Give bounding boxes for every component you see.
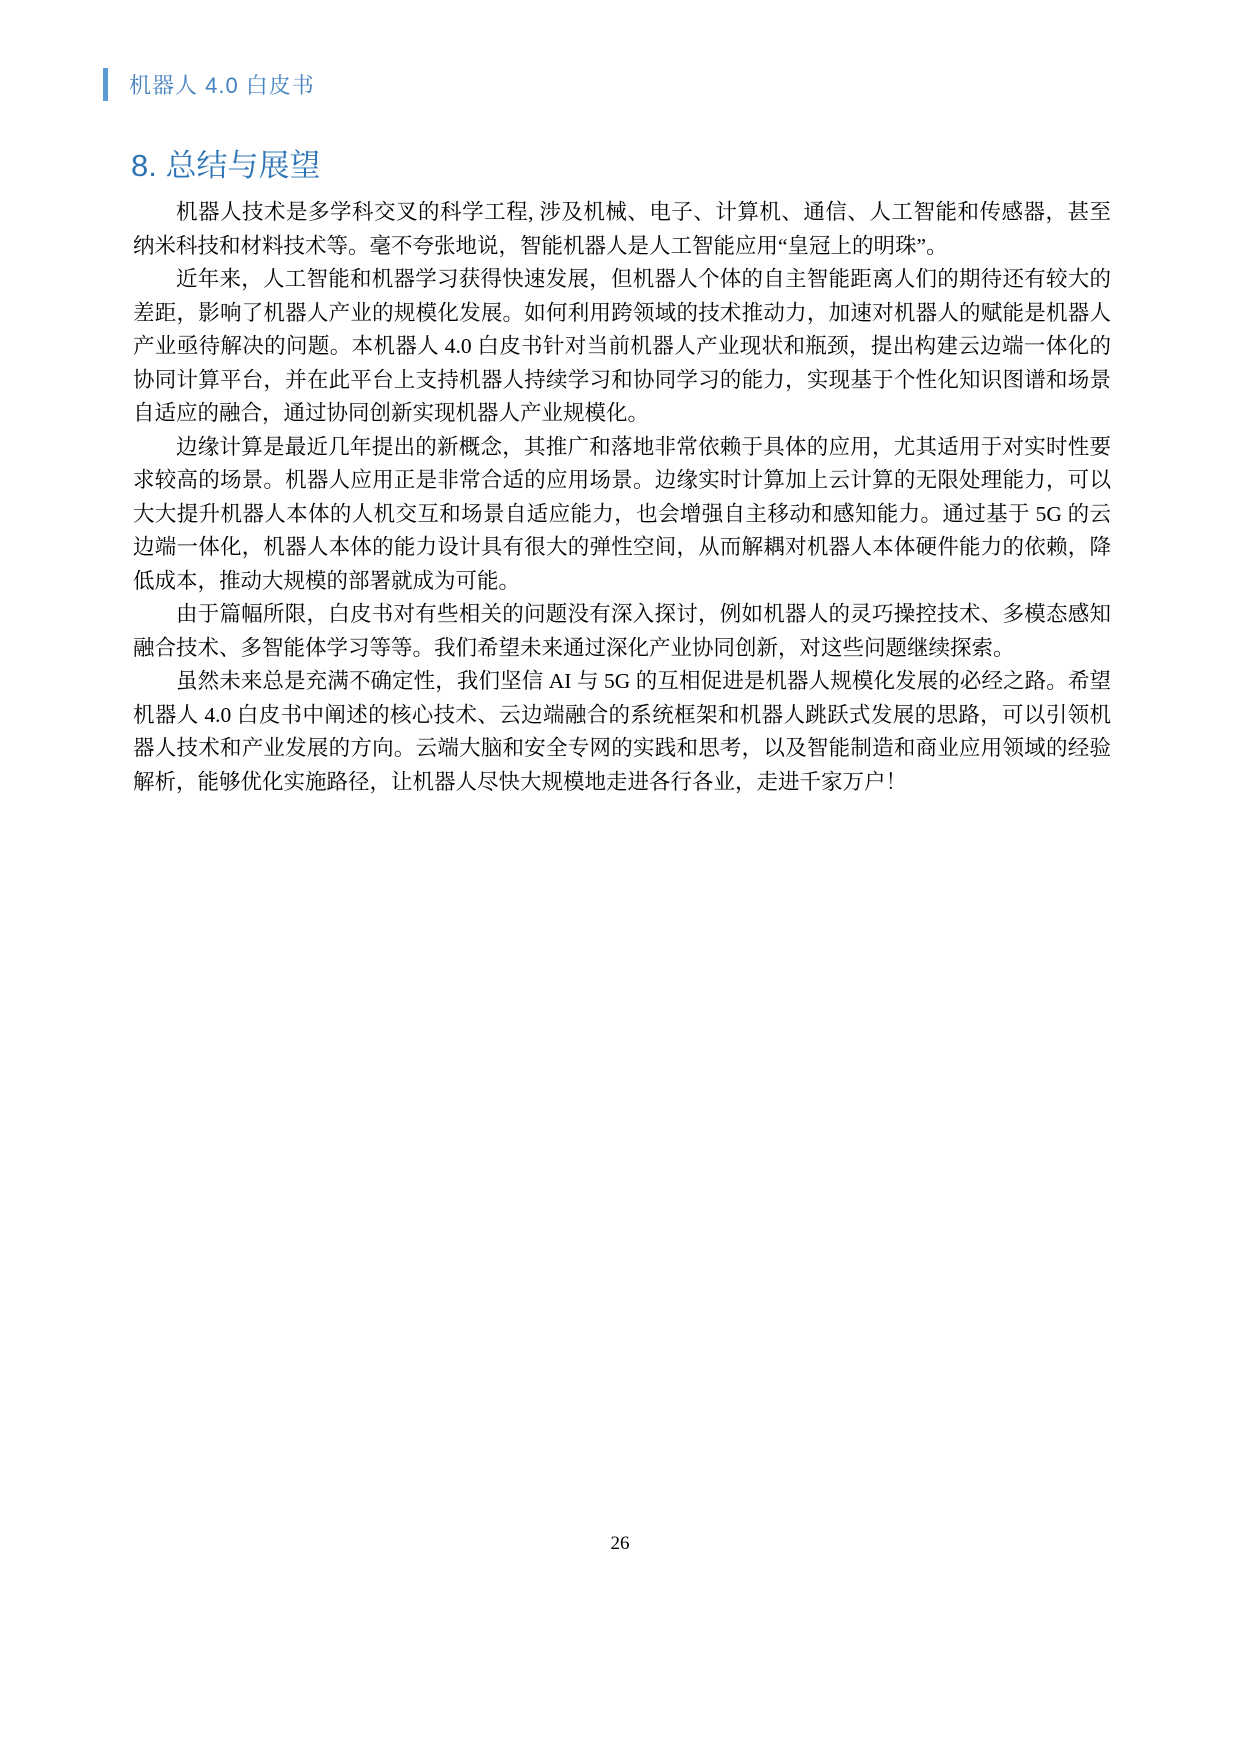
header-accent-bar bbox=[103, 68, 108, 101]
section-heading: 8. 总结与展望 bbox=[131, 140, 320, 185]
paragraph-2: 近年来，人工智能和机器学习获得快速发展，但机器人个体的自主智能距离人们的期待还有… bbox=[133, 263, 1111, 431]
page-number: 26 bbox=[0, 1533, 1240, 1555]
header-title: 机器人 4.0 白皮书 bbox=[129, 69, 315, 100]
paragraph-1: 机器人技术是多学科交叉的科学工程, 涉及机械、电子、计算机、通信、人工智能和传感… bbox=[133, 196, 1111, 263]
page-header: 机器人 4.0 白皮书 bbox=[103, 68, 315, 101]
paragraph-4: 由于篇幅所限，白皮书对有些相关的问题没有深入探讨，例如机器人的灵巧操控技术、多模… bbox=[133, 598, 1111, 665]
body-text: 机器人技术是多学科交叉的科学工程, 涉及机械、电子、计算机、通信、人工智能和传感… bbox=[133, 196, 1111, 799]
paragraph-5: 虽然未来总是充满不确定性，我们坚信 AI 与 5G 的互相促进是机器人规模化发展… bbox=[133, 665, 1111, 799]
document-page: 机器人 4.0 白皮书 8. 总结与展望 机器人技术是多学科交叉的科学工程, 涉… bbox=[0, 0, 1240, 1754]
paragraph-3: 边缘计算是最近几年提出的新概念，其推广和落地非常依赖于具体的应用，尤其适用于对实… bbox=[133, 431, 1111, 599]
